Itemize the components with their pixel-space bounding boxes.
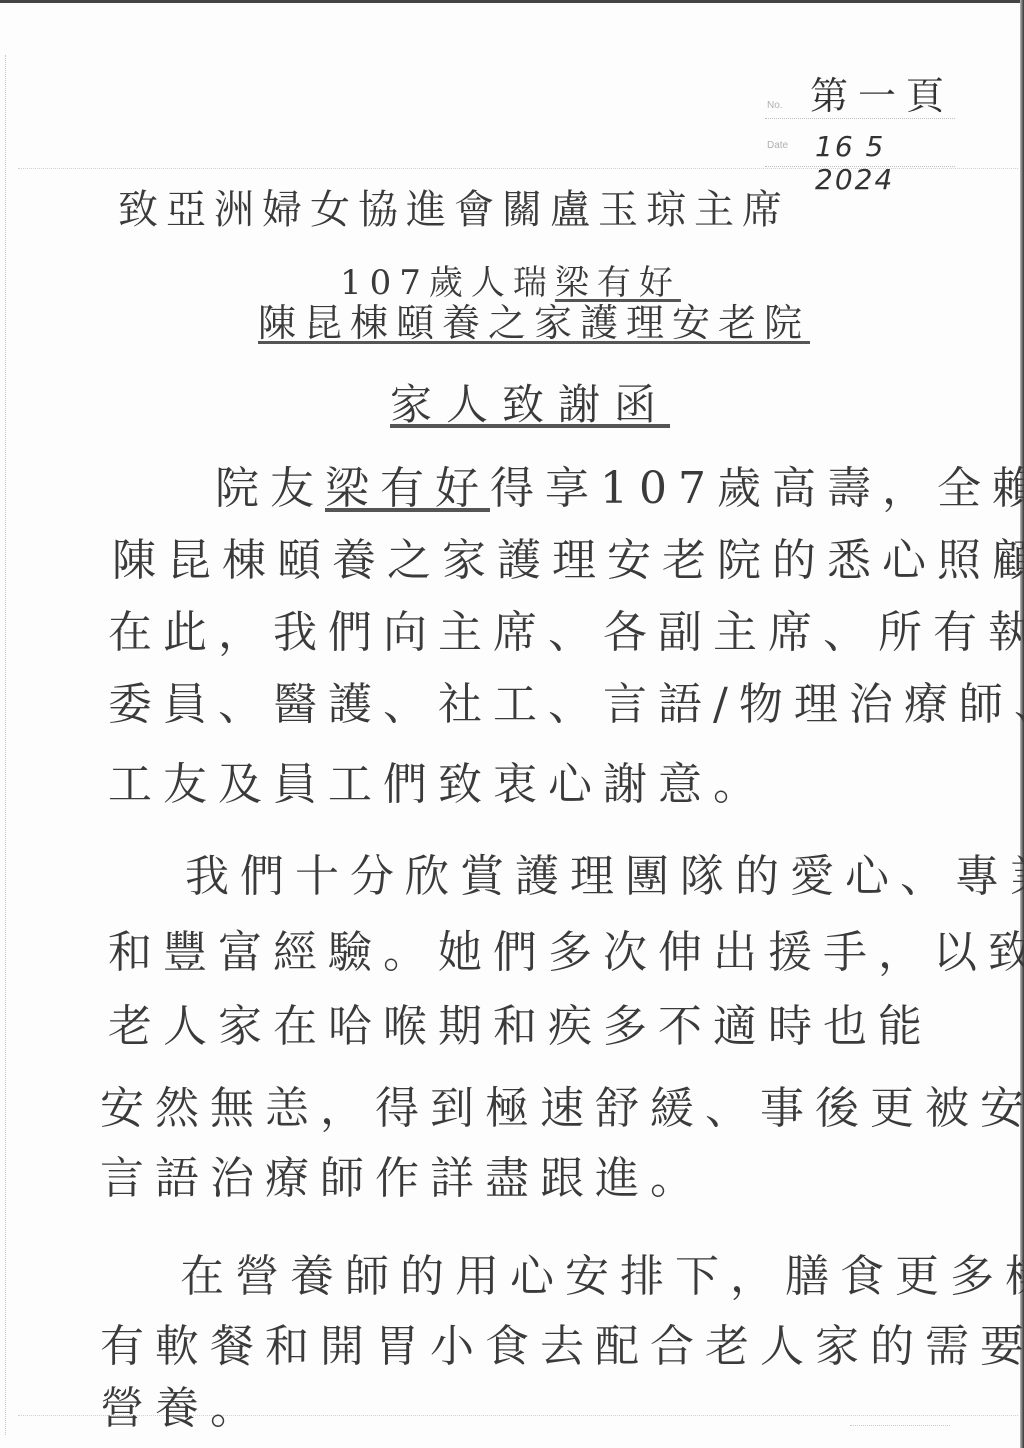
- no-label: No.: [767, 100, 783, 111]
- bottom-page-mark: [850, 1425, 950, 1426]
- scanned-letter-page: No. 第一頁 Date 16 5 2024 致亞洲婦女協進會關盧玉琼主席 10…: [0, 0, 1024, 1448]
- text-segment: 得享107歲高壽，全賴: [490, 463, 1024, 514]
- paragraph-1-line-1: 院友梁有好得享107歲高壽，全賴: [215, 452, 1024, 516]
- date-label: Date: [767, 140, 788, 151]
- no-underline: [765, 118, 955, 119]
- page-header-box: No. 第一頁 Date 16 5 2024: [765, 60, 965, 170]
- paragraph-1-line-5: 工友及員工們致衷心謝意。: [108, 748, 768, 812]
- paragraph-2-line-5: 言語治療師作詳盡跟進。: [100, 1142, 705, 1206]
- paragraph-3-line-2: 有軟餐和開胃小食去配合老人家的需要和: [100, 1310, 1024, 1374]
- paragraph-1-line-2: 陳昆棟頤養之家護理安老院的悉心照顧。: [112, 524, 1024, 588]
- paragraph-2-line-1: 我們十分欣賞護理團隊的愛心、專業: [185, 840, 1024, 904]
- paragraph-3-line-1: 在營養師的用心安排下，膳食更多樣化；: [180, 1240, 1024, 1304]
- paragraph-2-line-4: 安然無恙，得到極速舒緩、事後更被安排: [100, 1072, 1024, 1136]
- resident-name: 梁有好: [325, 463, 490, 514]
- date-underline: [765, 166, 955, 167]
- paragraph-1-line-3: 在此，我們向主席、各副主席、所有執行委員、: [108, 596, 1024, 660]
- left-margin-line: [5, 55, 7, 1435]
- subtitle-line-2: 陳昆棟頤養之家護理安老院: [258, 292, 810, 347]
- page-number: 第一頁: [810, 65, 954, 120]
- paragraph-2-line-3: 老人家在哈喉期和疾多不適時也能: [108, 990, 933, 1054]
- paragraph-3-line-3: 營養。: [100, 1372, 265, 1436]
- text-segment: 院友: [215, 463, 325, 514]
- paragraph-2-line-2: 和豐富經驗。她們多次伸出援手，以致: [108, 916, 1024, 980]
- letter-title: 家人致謝函: [390, 372, 670, 432]
- paragraph-1-line-4: 委員、醫護、社工、言語/物理治療師、膳食部: [108, 668, 1024, 732]
- salutation: 致亞洲婦女協進會關盧玉琼主席: [118, 178, 790, 235]
- page-top-edge: [0, 0, 1024, 3]
- date-value: 16 5 2024: [815, 130, 965, 196]
